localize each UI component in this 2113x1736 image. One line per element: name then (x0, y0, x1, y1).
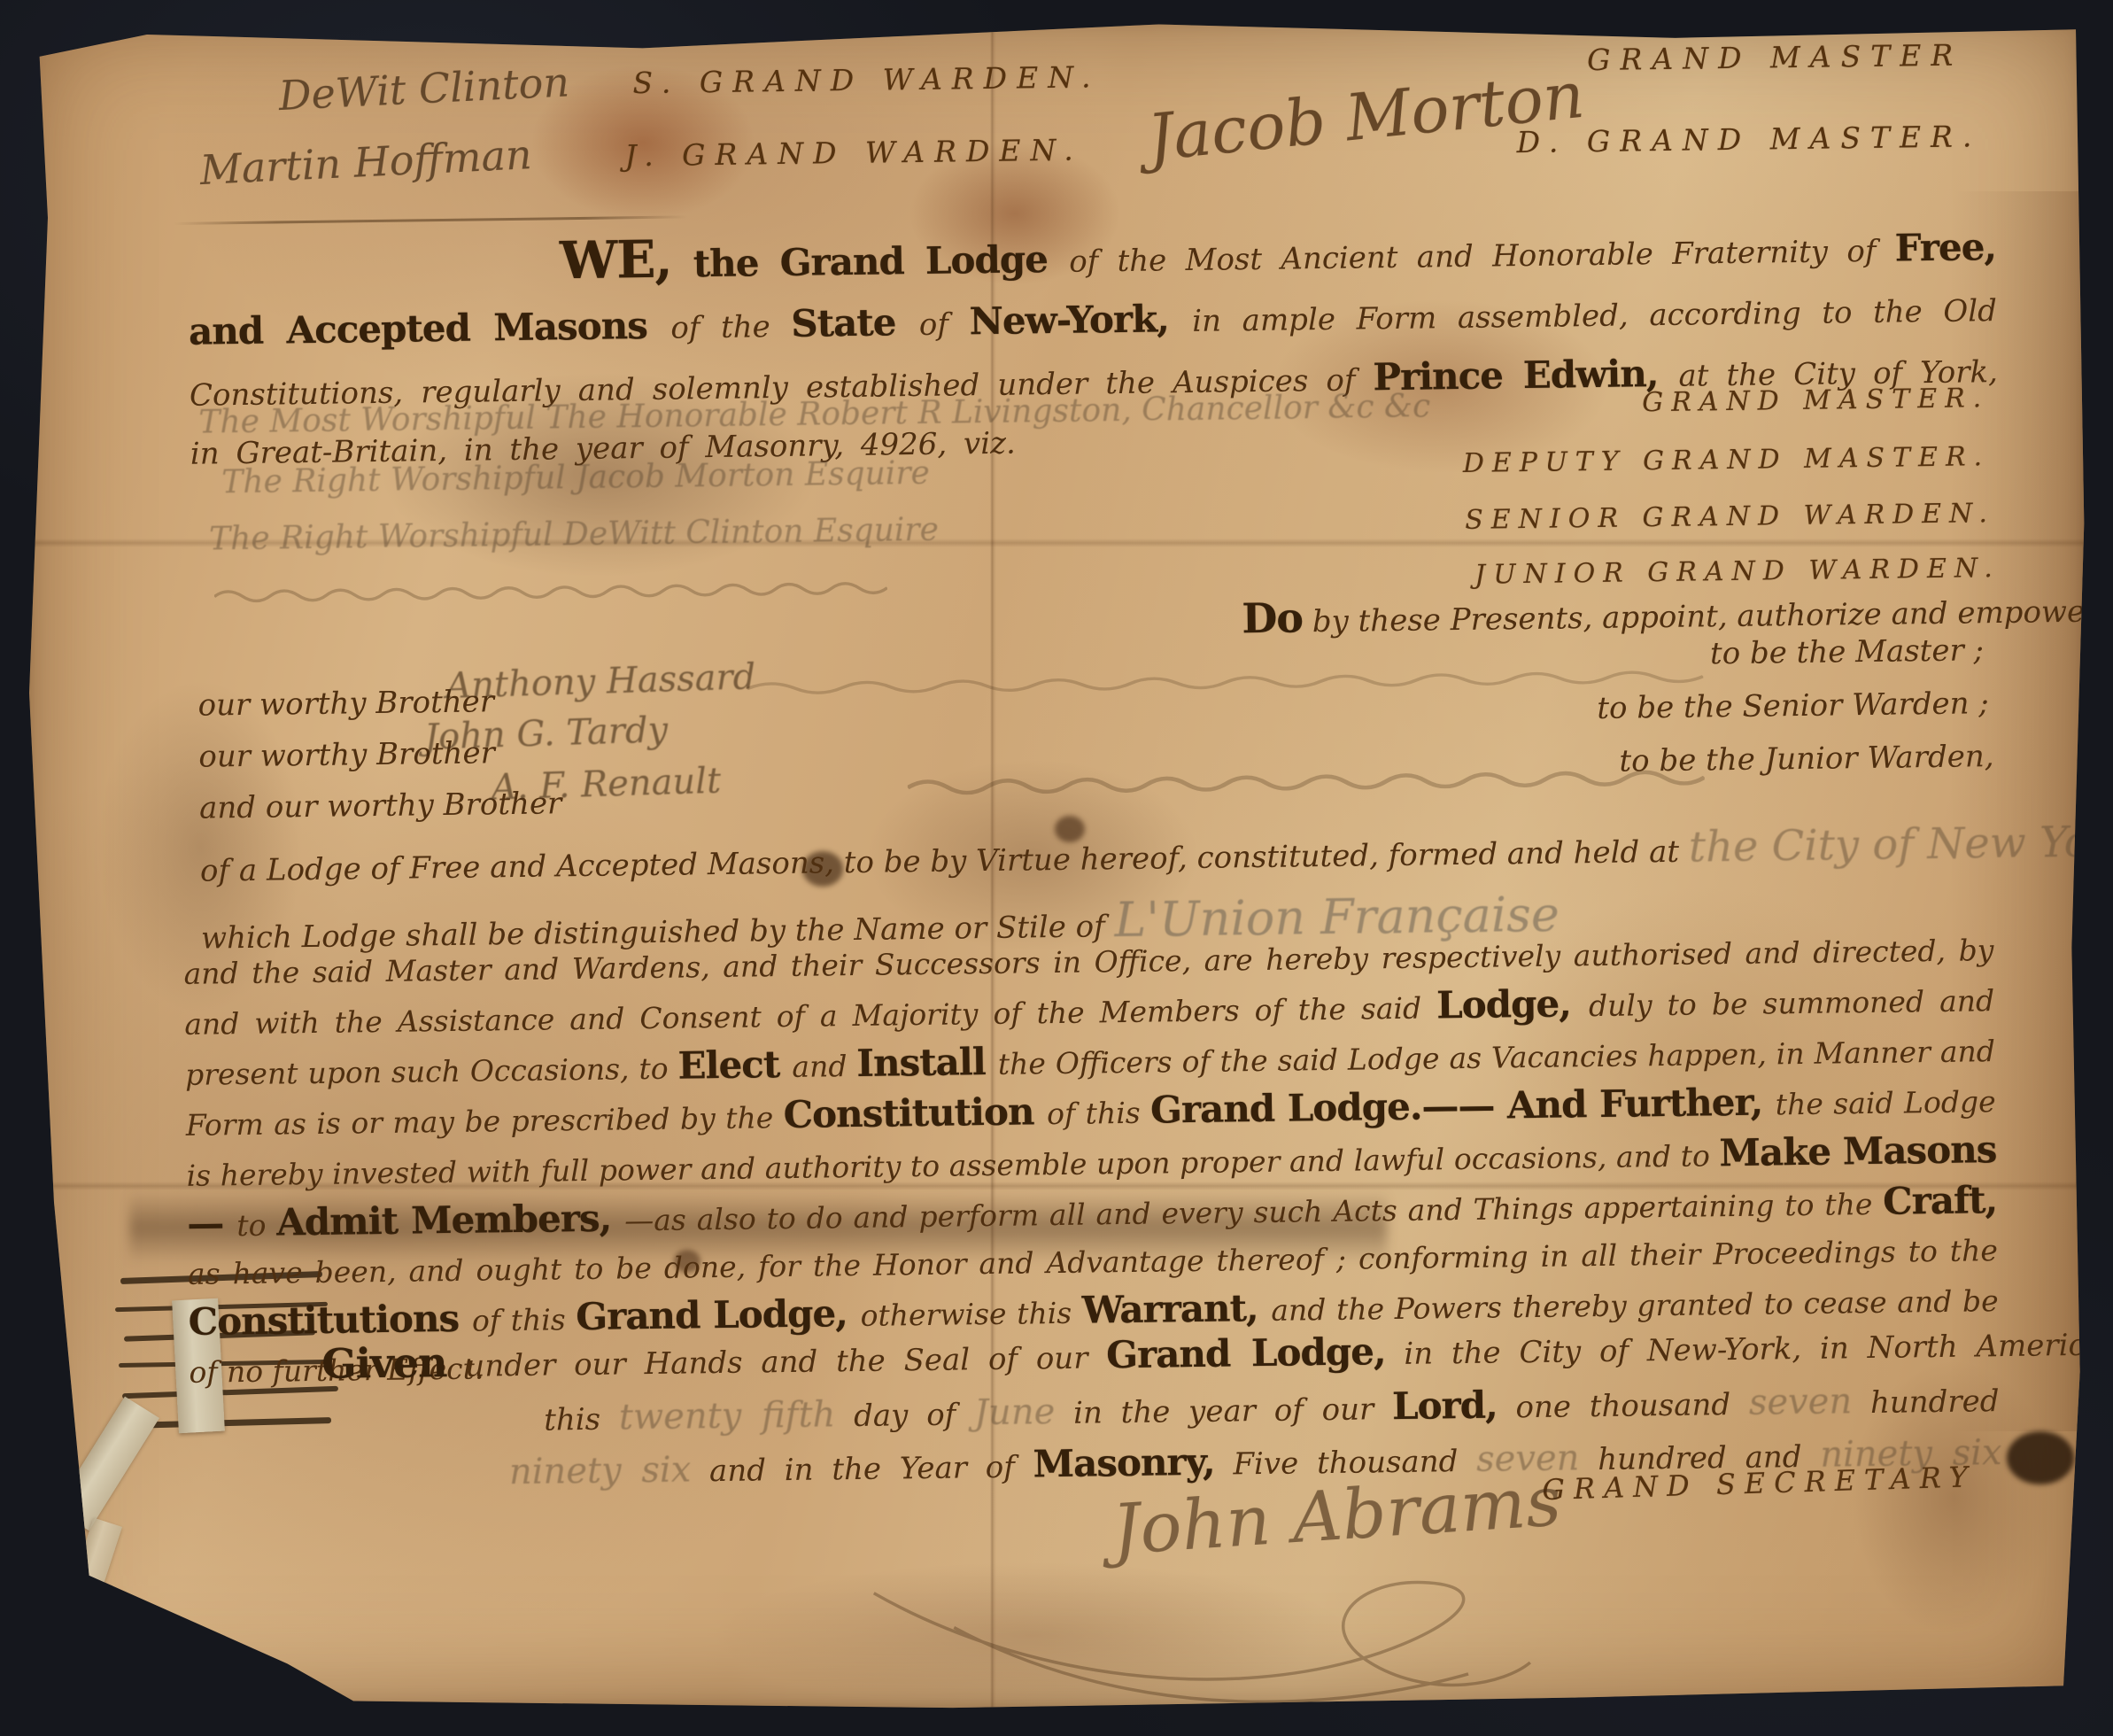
signature-senior-grand-warden: DeWit Clinton (277, 58, 570, 120)
filler-squiggle (747, 664, 1703, 696)
warrant-photograph: DeWit Clinton S. GRAND WARDEN. GRAND MAS… (0, 0, 2113, 1736)
powers-text: and (792, 1049, 857, 1084)
pen-flourish (848, 1567, 1558, 1726)
given-text: day of (835, 1397, 974, 1434)
officer-title-senior-grand-warden: SENIOR GRAND WARDEN. (1465, 498, 1995, 536)
title-j-grand-warden: J. GRAND WARDEN. (624, 133, 1083, 174)
word-accepted-masons: Accepted Masons (286, 304, 670, 353)
flourish-line (174, 215, 687, 225)
word-elect: Elect (677, 1042, 792, 1088)
preamble-text: of (919, 306, 970, 343)
powers-text: as have been, and ought to be done, for … (188, 1233, 1998, 1291)
title-grand-master-header: GRAND MASTER (1587, 38, 1963, 78)
word-masonry: Masonry, (1033, 1440, 1215, 1486)
held-at-place: the City of New York (1688, 817, 2113, 872)
word-admit-members: Admit Members, (276, 1196, 625, 1244)
given-text: in the City of New-York, in North Americ… (1385, 1327, 2113, 1372)
powers-text: to (236, 1208, 277, 1244)
given-text: under our Hands and the Seal of our (446, 1340, 1106, 1384)
word-we: WE, (560, 229, 672, 291)
held-at-line: of a Lodge of Free and Accepted Masons, … (200, 817, 2113, 892)
word-grand-lodge: Grand Lodge, (576, 1291, 861, 1338)
word-lord: Lord, (1392, 1383, 1498, 1429)
preamble-text: of the (670, 309, 792, 346)
signature-junior-grand-warden: Martin Hoffman (199, 130, 533, 194)
word-given: Given (321, 1338, 447, 1388)
title-d-grand-master: D. GRAND MASTER. (1516, 119, 1981, 159)
appointment-role-junior-warden: to be the Junior Warden, (1619, 739, 1994, 779)
year-handwritten: ninety six (509, 1449, 692, 1492)
appointment-name-master: Anthony Hassard (445, 656, 756, 707)
month-handwritten: June (974, 1391, 1056, 1433)
filler-squiggle (908, 765, 1705, 795)
given-text: and in the Year of (691, 1449, 1033, 1489)
faded-officer-name-junior-grand-warden (214, 576, 887, 604)
powers-text: otherwise this (860, 1296, 1082, 1333)
appointment-name-senior-warden: John G. Tardy (423, 709, 668, 757)
word-and-further: And Further, (1507, 1080, 1776, 1127)
word-state: State (791, 300, 919, 345)
officer-title-grand-master: GRAND MASTER. (1642, 383, 1989, 418)
word-grand-lodge-seal: Grand Lodge, (1106, 1329, 1386, 1376)
powers-text: of this (472, 1302, 577, 1338)
given-text: hundred (1852, 1383, 2000, 1421)
given-text: one thousand (1497, 1387, 1749, 1426)
word-do: Do (1242, 593, 1303, 642)
appointment-role-senior-warden: to be the Senior Warden ; (1597, 686, 1989, 726)
word-install: Install (856, 1040, 998, 1085)
parchment-sheet: DeWit Clinton S. GRAND WARDEN. GRAND MAS… (23, 14, 2088, 1711)
given-text: this (544, 1402, 619, 1438)
word-craft: Craft, (1883, 1178, 1997, 1223)
preamble: WE, the Grand Lodge of the Most Ancient … (188, 213, 1999, 484)
word-new-york: New-York, (969, 297, 1192, 343)
appointment-role-master: to be the Master ; (1710, 632, 1984, 671)
word-warrant: Warrant, (1081, 1286, 1271, 1332)
year-handwritten: seven (1749, 1381, 1853, 1423)
preamble-text: of the Most Ancient and Honorable Frater… (1069, 234, 1895, 280)
day-handwritten: twenty fifth (619, 1394, 836, 1438)
officer-name-senior-grand-warden: The Right Worshipful DeWitt Clinton Esqu… (209, 512, 939, 558)
appointment-name-junior-warden: A. F. Renault (491, 761, 722, 809)
word-lodge: Lodge, (1436, 981, 1589, 1027)
held-at-text: of a Lodge of Free and Accepted Masons, … (200, 834, 1689, 889)
powers-text: of this (1047, 1096, 1151, 1132)
powers-text: —as also to do and perform all and every… (624, 1187, 1884, 1238)
officer-title-deputy-grand-master: DEPUTY GRAND MASTER. (1463, 441, 1991, 479)
word-grand-lodge: Grand Lodge.—— (1150, 1083, 1508, 1131)
word-grand-lodge: the Grand Lodge (671, 237, 1069, 286)
word-constitutions: Constitutions (188, 1297, 472, 1344)
given-text: in the year of our (1055, 1391, 1392, 1431)
title-s-grand-warden: S. GRAND WARDEN. (632, 59, 1100, 100)
word-constitution: Constitution (783, 1089, 1047, 1136)
